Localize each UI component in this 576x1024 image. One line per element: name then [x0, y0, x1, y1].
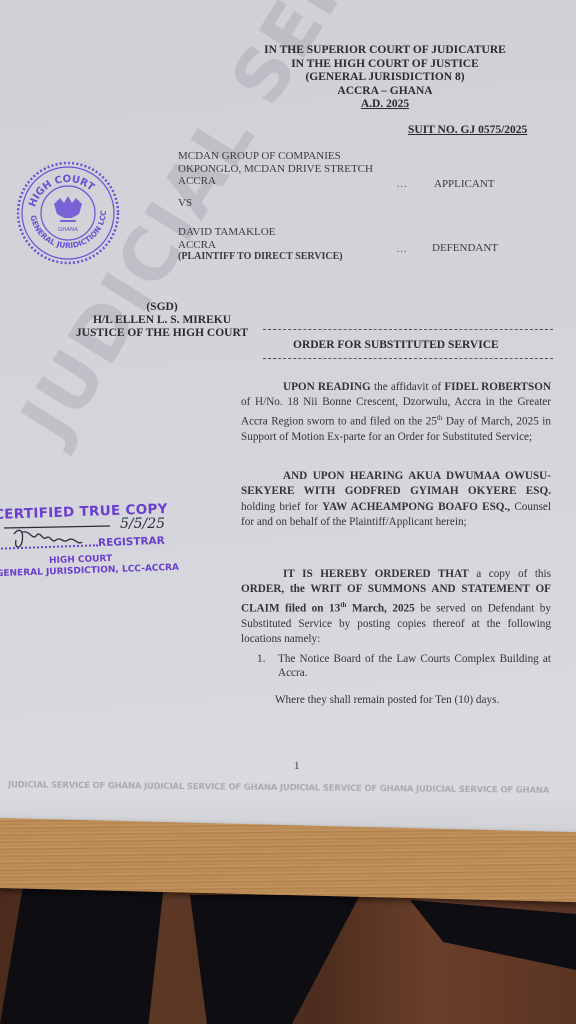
defendant-role: DEFENDANT	[432, 242, 498, 254]
dark-object-center	[190, 895, 360, 1024]
defendant-address: ACCRA	[178, 239, 343, 252]
applicant-block: MCDAN GROUP OF COMPANIES OKPONGLO, MCDAN…	[178, 150, 373, 188]
defendant-dots: ...	[397, 244, 408, 255]
applicant-address-2: ACCRA	[178, 175, 373, 188]
suit-number: SUIT NO. GJ 0575/2025	[408, 124, 527, 136]
high-court-seal-stamp: HIGH COURT GENERAL JURIDICTION LCC GHANA	[14, 160, 122, 266]
stamp-division: GENERAL JURISDICTION, LCC-ACCRA	[0, 563, 179, 579]
paragraph-upon-hearing: AND UPON HEARING AKUA DWUMAA OWUSU-SEKYE…	[241, 469, 551, 530]
stamp-court: HIGH COURT	[49, 554, 112, 566]
order-title: ORDER FOR SUBSTITUTED SERVICE	[293, 339, 499, 351]
judge-name: H/L ELLEN L. S. MIREKU	[62, 314, 262, 327]
header-year: A.D. 2025	[250, 98, 520, 112]
defendant-name: DAVID TAMAKLOE	[178, 226, 343, 239]
closing-line: Where they shall remain posted for Ten (…	[275, 694, 499, 706]
svg-text:GHANA: GHANA	[58, 227, 78, 233]
applicant-name: MCDAN GROUP OF COMPANIES	[178, 150, 373, 163]
header-line-3: (GENERAL JURISDICTION 8)	[250, 71, 520, 85]
applicant-address-1: OKPONGLO, MCDAN DRIVE STRETCH	[178, 163, 373, 176]
versus-label: VS	[178, 197, 192, 210]
paragraph-hereby-ordered: IT IS HEREBY ORDERED THAT a copy of this…	[241, 567, 551, 647]
applicant-dots: ...	[397, 179, 408, 190]
defendant-note: (PLAINTIFF TO DIRECT SERVICE)	[178, 251, 343, 264]
dark-object-left	[0, 875, 165, 1024]
header-line-4: ACCRA – GHANA	[250, 85, 520, 99]
page-number: 1	[294, 760, 300, 772]
header-line-2: IN THE HIGH COURT OF JUSTICE	[250, 58, 520, 72]
divider-top	[263, 329, 553, 330]
judge-signature-block: (SGD) H/L ELLEN L. S. MIREKU JUSTICE OF …	[62, 301, 262, 340]
certified-true-copy-stamp: CERTIFIED TRUE COPY 5/5/25 REGISTRAR HIG…	[0, 500, 184, 595]
registrar-label: REGISTRAR	[98, 535, 165, 549]
defendant-block: DAVID TAMAKLOE ACCRA (PLAINTIFF TO DIREC…	[178, 226, 343, 264]
wooden-desk-edge	[0, 818, 576, 902]
judge-title: JUSTICE OF THE HIGH COURT	[62, 327, 262, 340]
judge-signed: (SGD)	[62, 301, 262, 314]
footer-security-text: JUDICIAL SERVICE OF GHANA JUDICIAL SERVI…	[8, 780, 549, 796]
paragraph-upon-reading: UPON READING the affidavit of FIDEL ROBE…	[241, 380, 551, 445]
applicant-role: APPLICANT	[434, 178, 495, 190]
divider-bottom	[263, 358, 553, 359]
dark-object-right	[410, 900, 576, 970]
header-line-1: IN THE SUPERIOR COURT OF JUDICATURE	[250, 44, 520, 58]
court-order-page: JUDICIAL SERVICE IN THE SUPERIOR COURT O…	[0, 0, 576, 835]
court-header: IN THE SUPERIOR COURT OF JUDICATURE IN T…	[250, 44, 520, 112]
svg-text:5/5/25: 5/5/25	[120, 516, 165, 532]
